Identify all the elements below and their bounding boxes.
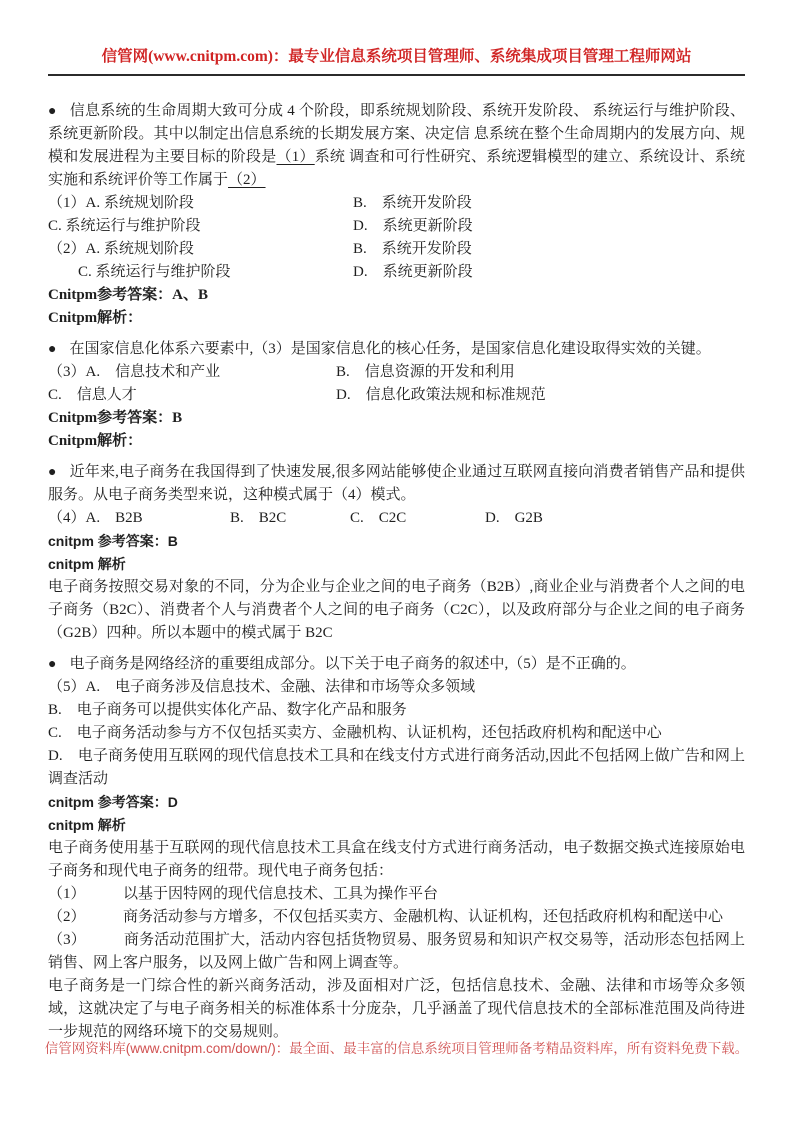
option-cell: C. 信息人才	[48, 387, 137, 403]
stem-blank-2: （2）	[228, 172, 266, 188]
analysis-paragraph: 电子商务是一门综合性的新兴商务活动，涉及面相对广泛，包括信息技术、金融、法律和市…	[48, 975, 745, 1044]
analysis-list-item: （2） 商务活动参与方增多，不仅包括买卖方、金融机构、认证机构，还包括政府机构和…	[48, 906, 745, 929]
bullet-icon: ●	[48, 342, 69, 357]
option-cell: C. 系统运行与维护阶段	[48, 264, 231, 280]
header-text: 信管网(	[102, 48, 154, 65]
analysis-paragraph: 电子商务使用基于互联网的现代信息技术工具盒在线支付方式进行商务活动，电子数据交换…	[48, 837, 745, 883]
option-row: （4）A. B2B B. B2C C. C2C D. G2B	[48, 507, 745, 530]
answer-line: cnitpm 参考答案：D	[48, 791, 745, 814]
analysis-list-item: （3） 商务活动范围扩大，活动内容包括货物贸易、服务贸易和知识产权交易等，活动形…	[48, 929, 745, 975]
footer-link[interactable]: www.cnitpm.com/down/	[130, 1041, 271, 1056]
footer-text: )：最全面、最丰富的信息系统项目管理师备考精品资料库，所有资料免费下载。	[271, 1041, 748, 1056]
option-cell: C. 电子商务活动参与方不仅包括买卖方、金融机构、认证机构，还包括政府机构和配送…	[48, 722, 745, 745]
analysis-label: cnitpm 解析	[48, 553, 745, 576]
analysis-label: Cnitpm解析：	[48, 307, 745, 330]
option-cell: （1）A. 系统规划阶段	[48, 195, 194, 211]
question-block-2: ●在国家信息化体系六要素中,（3）是国家信息化的核心任务，是国家信息化建设取得实…	[48, 338, 745, 453]
analysis-list-item: （1） 以基于因特网的现代信息技术、工具为操作平台	[48, 883, 745, 906]
question-stem: ●近年来,电子商务在我国得到了快速发展,很多网站能够使企业通过互联网直接向消费者…	[48, 461, 745, 507]
option-cell: B. 信息资源的开发和利用	[336, 361, 515, 384]
question-stem: ●在国家信息化体系六要素中,（3）是国家信息化的核心任务，是国家信息化建设取得实…	[48, 338, 745, 361]
option-cell: B. 系统开发阶段	[353, 238, 472, 261]
header-divider	[48, 74, 745, 76]
question-stem: ●信息系统的生命周期大致可分成 4 个阶段，即系统规划阶段、系统开发阶段、 系统…	[48, 100, 745, 192]
bullet-icon: ●	[48, 465, 70, 480]
analysis-paragraph: 电子商务按照交易对象的不同，分为企业与企业之间的电子商务（B2B）,商业企业与消…	[48, 576, 745, 645]
option-cell: （3）A. 信息技术和产业	[48, 364, 220, 380]
option-row: （2）A. 系统规划阶段 B. 系统开发阶段	[48, 238, 745, 261]
option-cell: D. 系统更新阶段	[353, 261, 473, 284]
option-cell: D. G2B	[485, 507, 543, 530]
bullet-icon: ●	[48, 657, 69, 672]
option-row: C. 信息人才 D. 信息化政策法规和标准规范	[48, 384, 745, 407]
question-block-3: ●近年来,电子商务在我国得到了快速发展,很多网站能够使企业通过互联网直接向消费者…	[48, 461, 745, 645]
option-row: （1）A. 系统规划阶段 B. 系统开发阶段	[48, 192, 745, 215]
option-cell: （2）A. 系统规划阶段	[48, 241, 194, 257]
option-row: C. 系统运行与维护阶段 D. 系统更新阶段	[48, 215, 745, 238]
document-body: ●信息系统的生命周期大致可分成 4 个阶段，即系统规划阶段、系统开发阶段、 系统…	[48, 100, 745, 1044]
option-row: C. 系统运行与维护阶段 D. 系统更新阶段	[48, 261, 745, 284]
option-cell: C. C2C	[350, 507, 406, 530]
option-cell: D. 系统更新阶段	[353, 215, 473, 238]
page-footer: 信管网资料库(www.cnitpm.com/down/)：最全面、最丰富的信息系…	[0, 1039, 793, 1059]
header-link[interactable]: www.cnitpm.com	[153, 48, 268, 65]
option-cell: C. 系统运行与维护阶段	[48, 218, 201, 234]
option-cell: D. 电子商务使用互联网的现代信息技术工具和在线支付方式进行商务活动,因此不包括…	[48, 745, 745, 791]
header-text: )：最专业信息系统项目管理师、系统集成项目管理工程师网站	[268, 48, 692, 65]
analysis-label: cnitpm 解析	[48, 814, 745, 837]
question-stem: ●电子商务是网络经济的重要组成部分。以下关于电子商务的叙述中,（5）是不正确的。	[48, 653, 745, 676]
question-block-1: ●信息系统的生命周期大致可分成 4 个阶段，即系统规划阶段、系统开发阶段、 系统…	[48, 100, 745, 330]
question-block-4: ●电子商务是网络经济的重要组成部分。以下关于电子商务的叙述中,（5）是不正确的。…	[48, 653, 745, 1044]
bullet-icon: ●	[48, 104, 70, 119]
analysis-label: Cnitpm解析：	[48, 430, 745, 453]
option-row: （3）A. 信息技术和产业 B. 信息资源的开发和利用	[48, 361, 745, 384]
option-cell: （5）A. 电子商务涉及信息技术、金融、法律和市场等众多领域	[48, 676, 745, 699]
stem-blank-1: （1）	[277, 149, 315, 165]
answer-line: cnitpm 参考答案：B	[48, 530, 745, 553]
option-cell: B. B2C	[230, 507, 286, 530]
answer-line: Cnitpm参考答案：B	[48, 407, 745, 430]
document-page: 信管网(www.cnitpm.com)：最专业信息系统项目管理师、系统集成项目管…	[0, 0, 793, 1122]
stem-text: 近年来,电子商务在我国得到了快速发展,很多网站能够使企业通过互联网直接向消费者销…	[48, 464, 745, 503]
footer-text: 信管网资料库(	[45, 1041, 131, 1056]
stem-text: 在国家信息化体系六要素中,（3）是国家信息化的核心任务，是国家信息化建设取得实效…	[69, 341, 710, 357]
stem-text: 电子商务是网络经济的重要组成部分。以下关于电子商务的叙述中,（5）是不正确的。	[69, 656, 635, 672]
option-cell: （4）A. B2B	[48, 510, 143, 526]
option-cell: B. 系统开发阶段	[353, 192, 472, 215]
option-cell: D. 信息化政策法规和标准规范	[336, 384, 546, 407]
option-cell: B. 电子商务可以提供实体化产品、数字化产品和服务	[48, 699, 745, 722]
answer-line: Cnitpm参考答案：A、B	[48, 284, 745, 307]
page-header: 信管网(www.cnitpm.com)：最专业信息系统项目管理师、系统集成项目管…	[0, 0, 793, 68]
